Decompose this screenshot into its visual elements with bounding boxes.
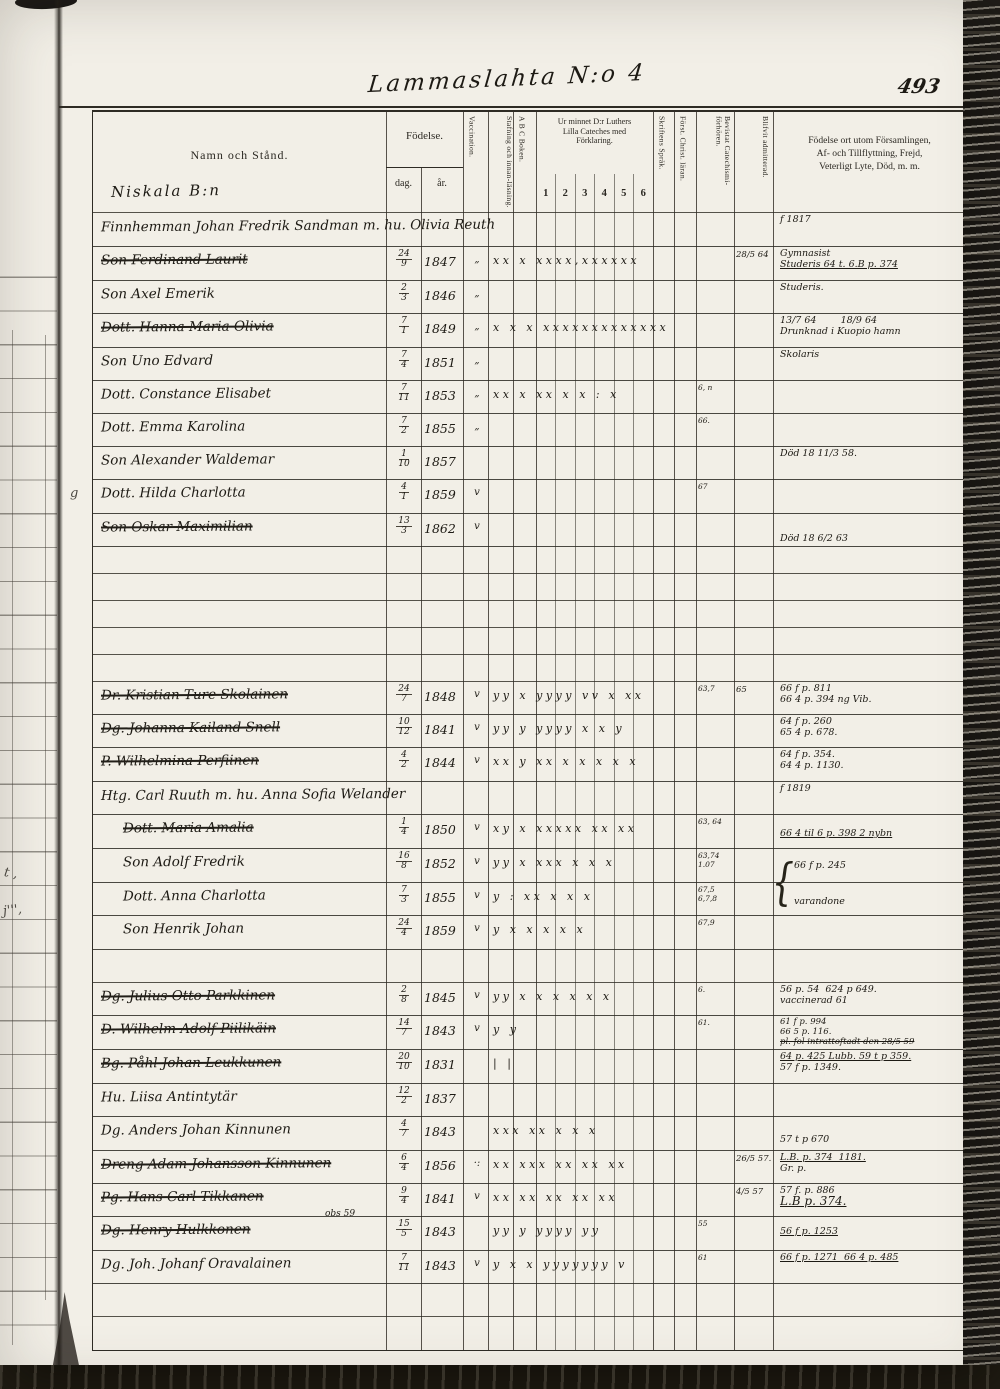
entry-notes: L.B. p. 374 1181.Gr. p. <box>780 1152 962 1174</box>
entry-row: Hu. Liisa Antintytär 122 1837 <box>93 1083 966 1117</box>
entry-row: Dott. Hanna Maria Olivia 71 1849 „ x x x… <box>93 313 966 348</box>
catechism-attendance: 6. <box>698 985 733 994</box>
birth-year: 1851 <box>424 355 462 370</box>
birth-year: 1846 <box>424 288 462 303</box>
birth-year: 1844 <box>424 755 462 770</box>
reading-marks: xy x xxxxx xx xx <box>493 822 637 835</box>
vaccination-mark: v <box>465 990 489 1001</box>
record-table: Namn och Stånd. Niskala B:n Födelse. dag… <box>92 110 967 1351</box>
birth-year: 1843 <box>424 1224 462 1239</box>
entry-row: Son Oskar Maximilian 133 1862 v Död 18 6… <box>93 513 966 547</box>
birth-year: 1845 <box>424 990 462 1005</box>
entry-notes: Död 18 6/2 63 <box>780 515 962 544</box>
column-header-scripture: Skriftens Språk. <box>657 116 666 210</box>
vaccination-mark: v <box>465 856 489 867</box>
catechism-attendance: 67 <box>698 482 733 491</box>
entry-name: Dott. Maria Amalia <box>123 820 254 837</box>
birth-day: 110 <box>389 450 419 469</box>
entry-name: Son Axel Emerik <box>101 286 215 303</box>
reading-marks: y : xx x x x <box>493 890 593 903</box>
catechism-section-numbers: 123456 <box>536 188 653 199</box>
admitted-date: 26/5 57. <box>736 1155 774 1164</box>
vaccination-mark: v <box>465 487 489 498</box>
page-edge-strip <box>963 0 1000 1389</box>
reading-marks: xx y xx x x x x x <box>493 755 639 768</box>
entry-row: Bg. Påhl Johan Leukkunen 2010 1831 | | 6… <box>93 1049 966 1084</box>
column-header-christian-doctrine: Först. Christ. läran. <box>678 116 687 210</box>
birth-year: 1837 <box>424 1091 462 1106</box>
entry-row: Pg. Hans Carl Tikkanen 94 1841 v xx xx x… <box>93 1183 966 1217</box>
entry-name: Dott. Hanna Maria Olivia <box>101 318 274 335</box>
entry-notes: Skolaris <box>780 349 962 360</box>
birth-year: 1831 <box>424 1057 462 1072</box>
entry-notes: 56 f p. 1253 <box>780 1218 962 1237</box>
catechism-attendance: 67,9 <box>698 918 733 927</box>
entry-name: Hu. Liisa Antintytär <box>101 1089 237 1106</box>
vaccination-mark: v <box>465 822 489 833</box>
vaccination-mark: „ <box>465 288 489 299</box>
entry-row: Son Adolf Fredrik 168 1852 v yy x xxx x … <box>93 848 966 883</box>
birth-day: 2010 <box>389 1053 419 1072</box>
catechism-attendance: 61. <box>698 1018 733 1027</box>
column-header-spelling: Stafning och innan-läsning. <box>491 116 513 210</box>
vaccination-mark: v <box>465 1191 489 1202</box>
entry-notes: 57 t p 670 <box>780 1118 962 1145</box>
entry-notes: 64 f p. 354.64 4 p. 1130. <box>780 749 962 771</box>
scan-smudge-top <box>15 0 77 10</box>
entry-row: Htg. Carl Ruuth m. hu. Anna Sofia Weland… <box>93 781 966 815</box>
vaccination-mark: „ <box>465 254 489 265</box>
header-rule <box>386 167 463 168</box>
entry-name: Dg. Julius Otto Parkkinen <box>101 987 275 1004</box>
reading-marks: y x x x x x <box>493 923 586 936</box>
entry-notes: varandone <box>780 884 962 907</box>
catechism-attendance: 63,7 <box>698 684 733 693</box>
vaccination-mark: „ <box>465 421 489 432</box>
birth-year: 1862 <box>424 521 462 536</box>
entry-row: Son Uno Edvard 74 1851 „ Skolaris <box>93 347 966 381</box>
row-rule <box>93 573 966 574</box>
entry-row: Finnhemman Johan Fredrik Sandman m. hu. … <box>93 212 966 247</box>
vaccination-mark: ·: <box>465 1158 489 1169</box>
entry-name: Dott. Constance Elisabet <box>101 385 271 402</box>
birth-year: 1841 <box>424 1191 462 1206</box>
vaccination-mark: v <box>465 923 489 934</box>
entry-row: Dreng Adam Johansson Kinnunen 64 1856 ·:… <box>93 1150 966 1184</box>
reading-marks: xx x xxxx,xxxxxx <box>493 254 640 267</box>
reading-marks: yy x x x x x x <box>493 990 613 1003</box>
birth-year: 1848 <box>424 689 462 704</box>
scan-page: Lammaslahta N:o 4 493 g t , j''', Namn o… <box>0 0 1000 1389</box>
birth-day: 94 <box>389 1187 419 1206</box>
entry-row: Dg. Joh. Johanf Oravalainen 711 1843 v y… <box>93 1250 966 1284</box>
margin-scribble: j''', <box>2 902 22 919</box>
birth-year: 1856 <box>424 1158 462 1173</box>
entry-row: Dg. Johanna Kailand Snell 1012 1841 v yy… <box>93 714 966 748</box>
entry-notes: f 1817 <box>780 214 962 225</box>
catechism-attendance: 55 <box>698 1219 733 1228</box>
birth-day: 64 <box>389 1154 419 1173</box>
village-name-script: Niskala B:n <box>111 181 221 201</box>
birth-day: 133 <box>389 517 419 536</box>
entry-name: Dg. Joh. Johanf Oravalainen <box>101 1255 292 1272</box>
entry-name: Son Ferdinand Laurit <box>101 251 248 268</box>
entry-row: Dott. Hilda Charlotta 41 1859 v 67 <box>93 479 966 514</box>
vaccination-mark: v <box>465 689 489 700</box>
reading-marks: xxx xx x x x <box>493 1124 599 1137</box>
birth-day: 122 <box>389 1087 419 1106</box>
birth-day: 72 <box>389 417 419 436</box>
birth-day: 23 <box>389 284 419 303</box>
entry-notes: Studeris. <box>780 282 962 293</box>
page-title-script: Lammaslahta N:o 4 <box>367 60 647 98</box>
entry-name: Dott. Emma Karolina <box>101 418 245 435</box>
reading-marks: y x x yyyyyyy v <box>493 1258 628 1271</box>
entry-name: P. Wilhelmina Perfiinen <box>101 752 259 769</box>
birth-year: 1843 <box>424 1258 462 1273</box>
row-rule <box>93 600 966 601</box>
entry-notes: f 1819 <box>780 783 962 794</box>
entry-row: Dott. Constance Elisabet 711 1853 „ xx x… <box>93 380 966 414</box>
birth-year: 1850 <box>424 822 462 837</box>
entry-name: Dr. Kristian Ture Skolainen <box>101 686 288 703</box>
birth-day: 711 <box>389 1254 419 1273</box>
reading-marks: yy x xxx x x x <box>493 856 615 869</box>
birth-day: 244 <box>389 919 419 938</box>
page-bottom-edge <box>0 1365 1000 1389</box>
facing-page-edge-line <box>45 335 46 1300</box>
entry-row: Dott. Maria Amalia 14 1850 v xy x xxxxx … <box>93 814 966 849</box>
birth-year: 1855 <box>424 421 462 436</box>
column-header-catechism: Ur minnet D:r LuthersLilla Cateches medF… <box>536 117 653 146</box>
entry-row: Dott. Anna Charlotta 73 1855 v y : xx x … <box>93 882 966 916</box>
entry-name: Dreng Adam Johansson Kinnunen <box>101 1155 331 1173</box>
entry-notes: 64 f p. 26065 4 p. 678. <box>780 716 962 738</box>
entry-name: Bg. Påhl Johan Leukkunen <box>101 1054 281 1071</box>
column-header-admitted: Blifvit admitterad. <box>741 116 769 210</box>
entry-row: Son Axel Emerik 23 1846 „ Studeris. <box>93 280 966 314</box>
reading-marks: x x x xxxxxxxxxxxxx <box>493 321 669 334</box>
birth-year: 1853 <box>424 388 462 403</box>
entry-notes: 66 f p. 81166 4 p. 394 ng Vib. <box>780 683 962 705</box>
birth-year: 1859 <box>424 487 462 502</box>
vaccination-mark: v <box>465 890 489 901</box>
facing-page-line-stubs <box>0 244 57 1348</box>
table-header: Namn och Stånd. Niskala B:n Födelse. dag… <box>93 112 966 212</box>
birth-day: 47 <box>389 1120 419 1139</box>
reading-marks: xx x xx x x : x <box>493 388 620 401</box>
row-rule <box>93 654 966 655</box>
catechism-attendance: 67,5 6,7,8 <box>698 885 733 903</box>
margin-scribble: t , <box>3 865 18 882</box>
column-header-abc-book: A B C Boken. <box>517 116 526 210</box>
entry-notes: 66 f p. 245 <box>780 850 962 871</box>
entry-notes: 57 f. p. 886L.B p. 374. <box>780 1185 962 1207</box>
reading-marks: yy y yyyy x x y <box>493 722 625 735</box>
birth-day: 155 <box>389 1220 419 1239</box>
entry-name: Son Uno Edvard <box>101 353 213 370</box>
entry-row: Dr. Kristian Ture Skolainen 247 1848 v y… <box>93 681 966 715</box>
column-header-birth: Födelse. <box>386 130 463 142</box>
entry-row: Son Ferdinand Laurit 249 1847 „ xx x xxx… <box>93 246 966 281</box>
table-top-rule <box>59 106 967 108</box>
catechism-attendance: 61 <box>698 1253 733 1262</box>
birth-day: 147 <box>389 1019 419 1038</box>
reading-marks: yy y yyyy yy <box>493 1224 601 1237</box>
entry-notes: Död 18 11/3 58. <box>780 448 962 459</box>
entry-notes: 64 p. 425 Lubb. 59 t p 359.57 f p. 1349. <box>780 1051 962 1073</box>
entry-row: Son Alexander Waldemar 110 1857 Död 18 1… <box>93 446 966 480</box>
birth-year: 1847 <box>424 254 462 269</box>
birth-day: 42 <box>389 751 419 770</box>
entry-row: Dg. Anders Johan Kinnunen 47 1843 xxx xx… <box>93 1116 966 1151</box>
catechism-attendance: 63,74 1.07 <box>698 851 733 869</box>
reading-marks: xx xx xx xx xx <box>493 1191 618 1204</box>
birth-year: 1843 <box>424 1124 462 1139</box>
admitted-date: 28/5 64 <box>736 251 774 260</box>
reading-marks: y y <box>493 1023 519 1036</box>
vaccination-mark: v <box>465 755 489 766</box>
entry-row: Dott. Emma Karolina 72 1855 „ 66. <box>93 413 966 447</box>
entry-name: Dg. Anders Johan Kinnunen <box>101 1121 291 1138</box>
entry-notes: 56 p. 54 624 p 649.vaccinerad 61 <box>780 984 962 1006</box>
column-header-notes: Födelse ort utom Församlingen,Af- och Ti… <box>773 134 966 173</box>
row-rule <box>93 1316 966 1317</box>
column-header-year: år. <box>421 178 463 189</box>
catechism-attendance: 63, 64 <box>698 817 733 826</box>
birth-day: 168 <box>389 852 419 871</box>
birth-day: 74 <box>389 351 419 370</box>
column-header-day: dag. <box>386 178 421 189</box>
entry-name: Dg. Johanna Kailand Snell <box>101 719 280 736</box>
entry-name: Son Alexander Waldemar <box>101 451 274 468</box>
page-number: 493 <box>895 74 942 98</box>
entry-name: Dott. Anna Charlotta <box>123 888 266 905</box>
entry-name: D. Wilhelm Adolf Piilikäin <box>101 1020 276 1037</box>
entry-name: Finnhemman Johan Fredrik Sandman m. hu. … <box>101 217 495 236</box>
birth-year: 1849 <box>424 321 462 336</box>
birth-year: 1843 <box>424 1023 462 1038</box>
reading-marks: | | <box>493 1057 514 1070</box>
reading-marks: yy x yyyy vv x xx <box>493 689 645 702</box>
birth-day: 71 <box>389 317 419 336</box>
entry-name: Dott. Hilda Charlotta <box>101 484 246 501</box>
birth-day: 41 <box>389 483 419 502</box>
birth-year: 1857 <box>424 454 462 469</box>
column-header-catechism-meetings: Bevistat Catechismi-förhören. <box>701 116 731 210</box>
entry-name: Htg. Carl Ruuth m. hu. Anna Sofia Weland… <box>101 786 405 804</box>
entry-row: D. Wilhelm Adolf Piilikäin 147 1843 v y … <box>93 1015 966 1050</box>
margin-note: g <box>70 486 78 501</box>
birth-year: 1841 <box>424 722 462 737</box>
vaccination-mark: v <box>465 1023 489 1034</box>
row-rule <box>93 627 966 628</box>
vaccination-mark: v <box>465 1258 489 1269</box>
birth-day: 28 <box>389 986 419 1005</box>
entry-row: P. Wilhelmina Perfiinen 42 1844 v xx y x… <box>93 747 966 782</box>
entry-notes: 66 f p. 1271 66 4 p. 485 <box>780 1252 962 1263</box>
column-header-name: Namn och Stånd. <box>93 148 386 163</box>
vaccination-mark: „ <box>465 355 489 366</box>
birth-year: 1852 <box>424 856 462 871</box>
entry-notes: 13/7 64 18/9 64Drunknad i Kuopio hamn <box>780 315 962 337</box>
entry-notes: GymnasistStuderis 64 t. 6.B p. 374 <box>780 248 962 270</box>
admitted-date: 65 <box>736 686 774 695</box>
entry-name: Son Oskar Maximilian <box>101 518 253 535</box>
reading-marks: xx xxx xx xx xx <box>493 1158 628 1171</box>
birth-day: 249 <box>389 250 419 269</box>
birth-year: 1855 <box>424 890 462 905</box>
facing-page-edge-line <box>12 330 13 1345</box>
entry-notes: 61 f p. 99466 5 p. 116.pl. fol intrattof… <box>780 1017 962 1047</box>
entry-name: Son Adolf Fredrik <box>123 854 245 871</box>
birth-year: 1859 <box>424 923 462 938</box>
catechism-attendance: 66. <box>698 416 733 425</box>
entry-name: Pg. Hans Carl Tikkanen <box>101 1188 264 1205</box>
entry-row: Dg. Julius Otto Parkkinen 28 1845 v yy x… <box>93 982 966 1016</box>
birth-day: 247 <box>389 685 419 704</box>
birth-day: 73 <box>389 886 419 905</box>
column-header-vaccination: Vaccination. <box>467 116 476 210</box>
vaccination-mark: „ <box>465 388 489 399</box>
entry-name-superscript: obs 59 <box>325 1209 355 1219</box>
birth-day: 711 <box>389 384 419 403</box>
entry-row: Dg. Henry Hulkkonen obs 59 155 1843 yy y… <box>93 1216 966 1251</box>
birth-day: 1012 <box>389 718 419 737</box>
vaccination-mark: v <box>465 722 489 733</box>
entry-row: Son Henrik Johan 244 1859 v y x x x x x … <box>93 915 966 950</box>
entry-name: Dg. Henry Hulkkonen <box>101 1221 251 1238</box>
admitted-date: 4/5 57 <box>736 1188 774 1197</box>
catechism-attendance: 6, n <box>698 383 733 392</box>
birth-day: 14 <box>389 818 419 837</box>
entry-notes: 66 4 til 6 p. 398 2 nybn <box>780 816 962 839</box>
vaccination-mark: v <box>465 521 489 532</box>
vaccination-mark: „ <box>465 321 489 332</box>
entry-name: Son Henrik Johan <box>123 921 244 938</box>
